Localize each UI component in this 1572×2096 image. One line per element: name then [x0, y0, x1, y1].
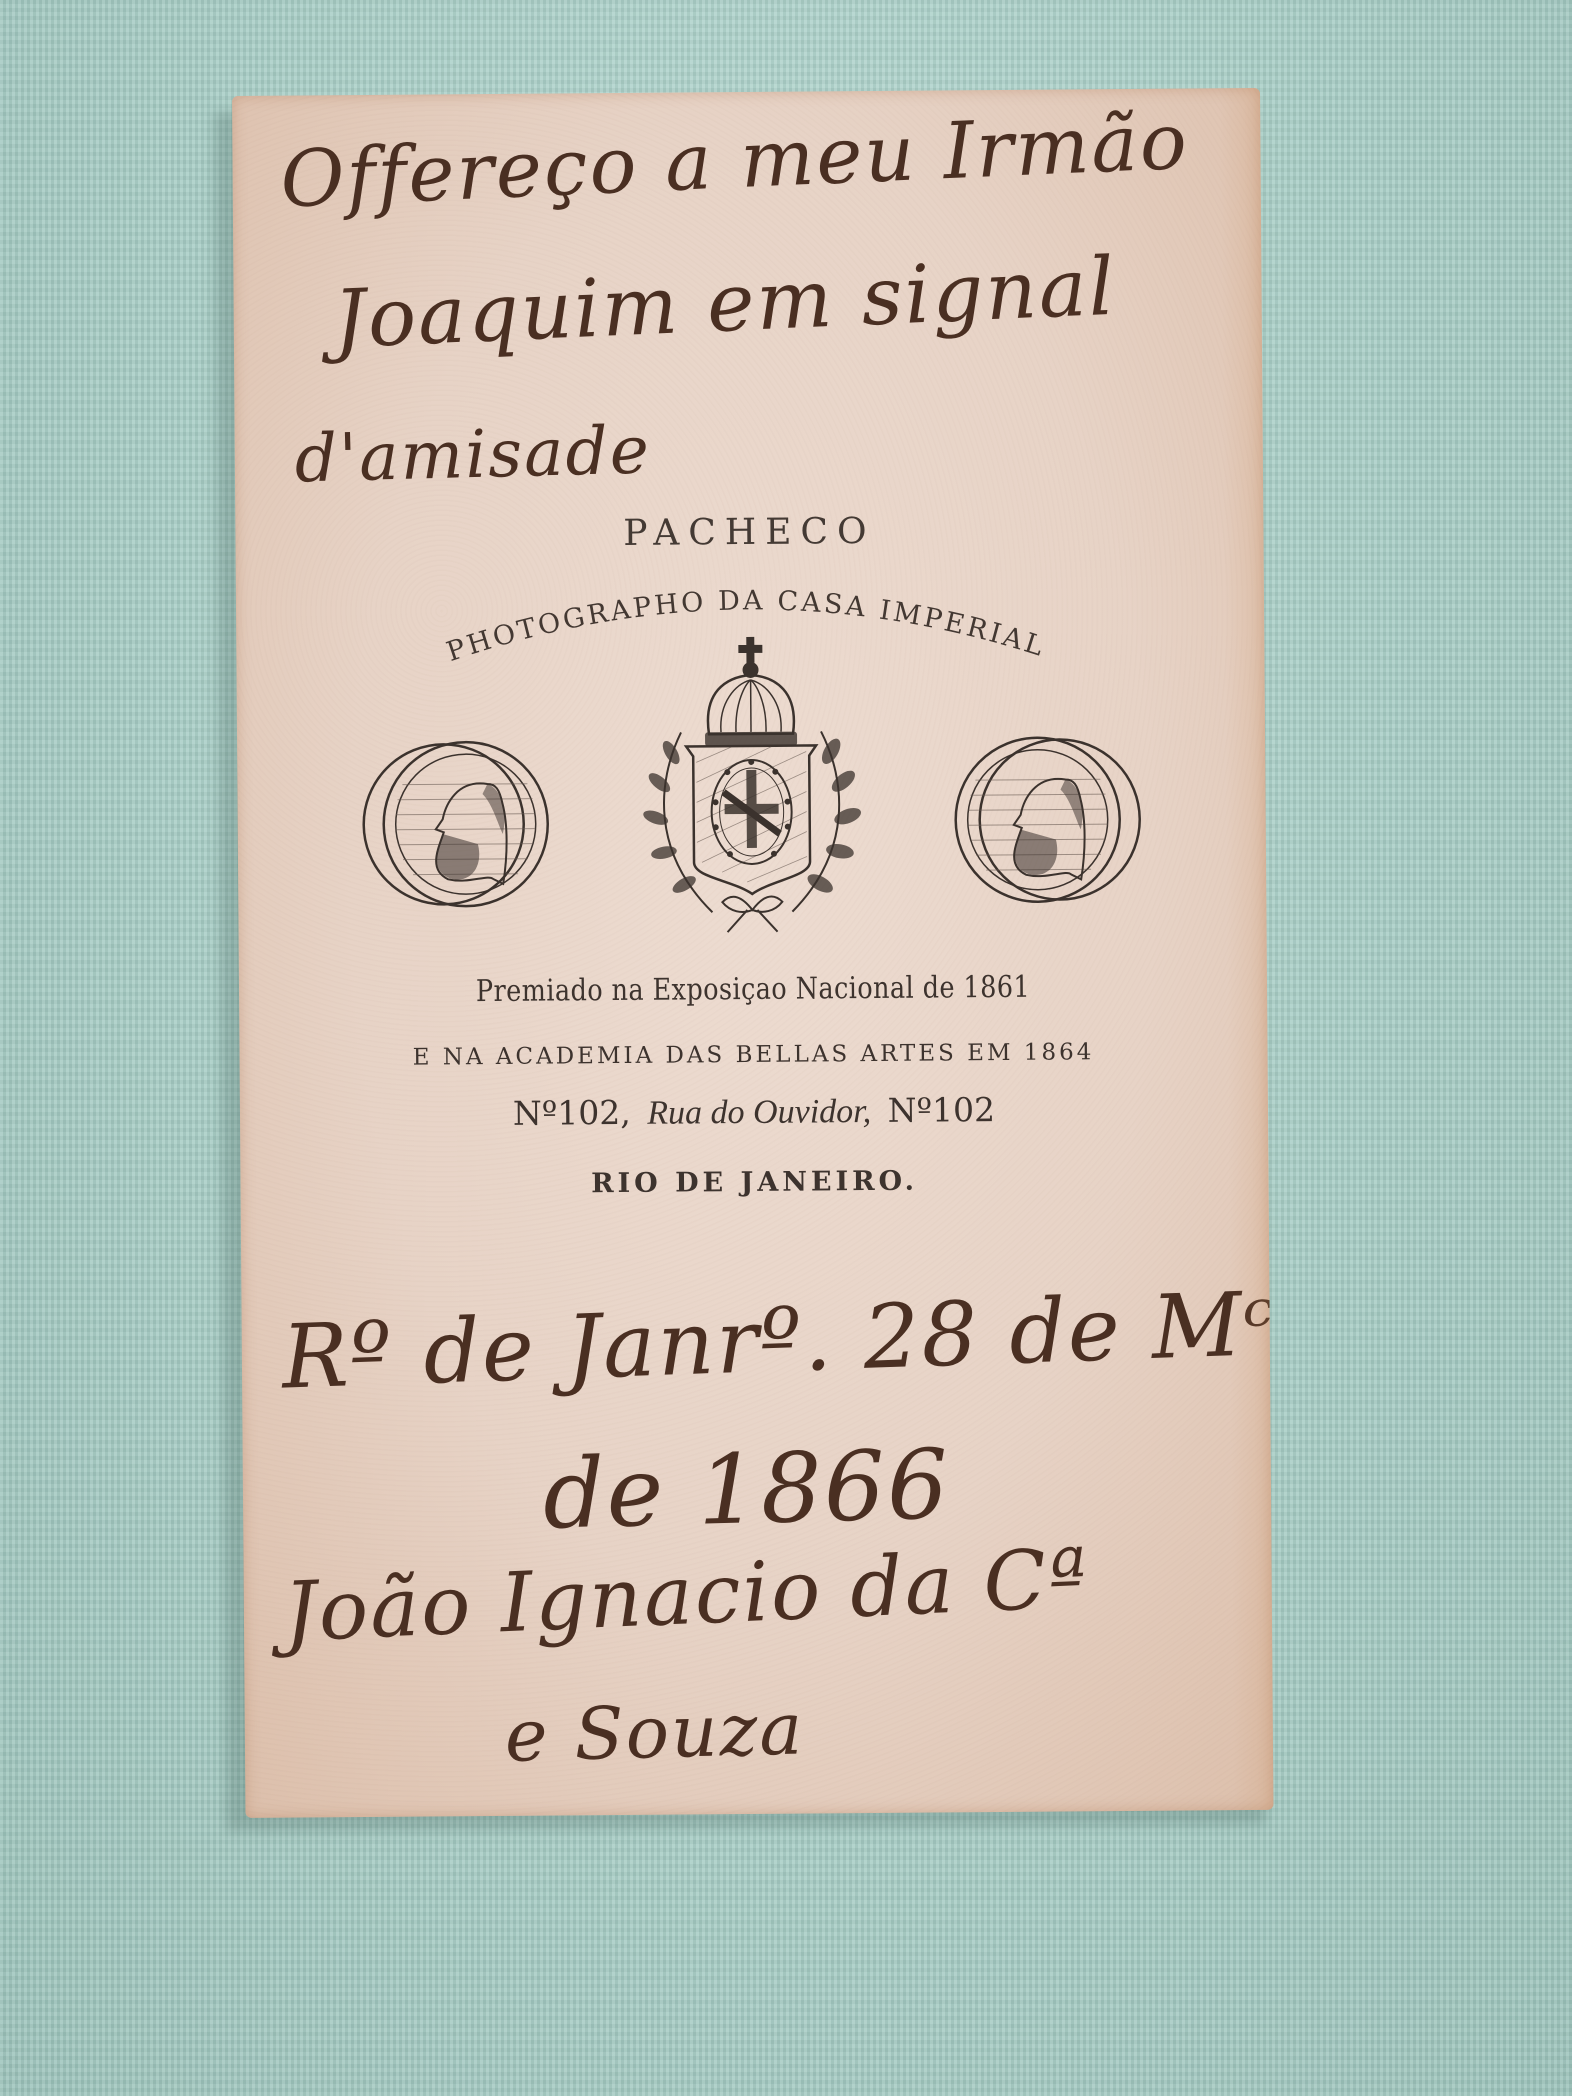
studio-city: RIO DE JANEIRO. [240, 1163, 1268, 1202]
address-number-left: Nº102, [513, 1093, 631, 1133]
handwritten-date-line-2: de 1866 [542, 1428, 952, 1550]
imperial-coat-of-arms-icon [640, 636, 864, 933]
emblem-row [236, 628, 1266, 956]
handwritten-dedication-line-3: d'amisade [294, 412, 652, 498]
handwritten-date-line-1: Rº de Janrº. 28 de Mᶜᵒ. [280, 1270, 1273, 1409]
studio-address: Nº102, Rua do Ouvidor, Nº102 [240, 1088, 1268, 1136]
left-medal-portrait-icon [363, 742, 548, 907]
address-street: Rua do Ouvidor, [647, 1093, 871, 1132]
handwritten-signature-line-1: João Ignacio da Cª [282, 1531, 1091, 1660]
award-line-1: Premiado na Exposiçao Nacional de 1861 [316, 969, 1190, 1011]
right-medal-portrait-icon [955, 737, 1140, 902]
studio-name: PACHECO [235, 508, 1263, 557]
carte-de-visite-card: Offereço a meu Irmão Joaquim em signal d… [232, 88, 1273, 1818]
handwritten-dedication-line-1: Offereço a meu Irmão [279, 97, 1191, 226]
handwritten-dedication-line-2: Joaquim em signal [332, 240, 1118, 366]
award-line-2: E NA ACADEMIA DAS BELLAS ARTES EM 1864 [239, 1038, 1267, 1072]
address-number-right: Nº102 [887, 1090, 995, 1130]
handwritten-signature-line-2: e Souza [504, 1686, 805, 1778]
